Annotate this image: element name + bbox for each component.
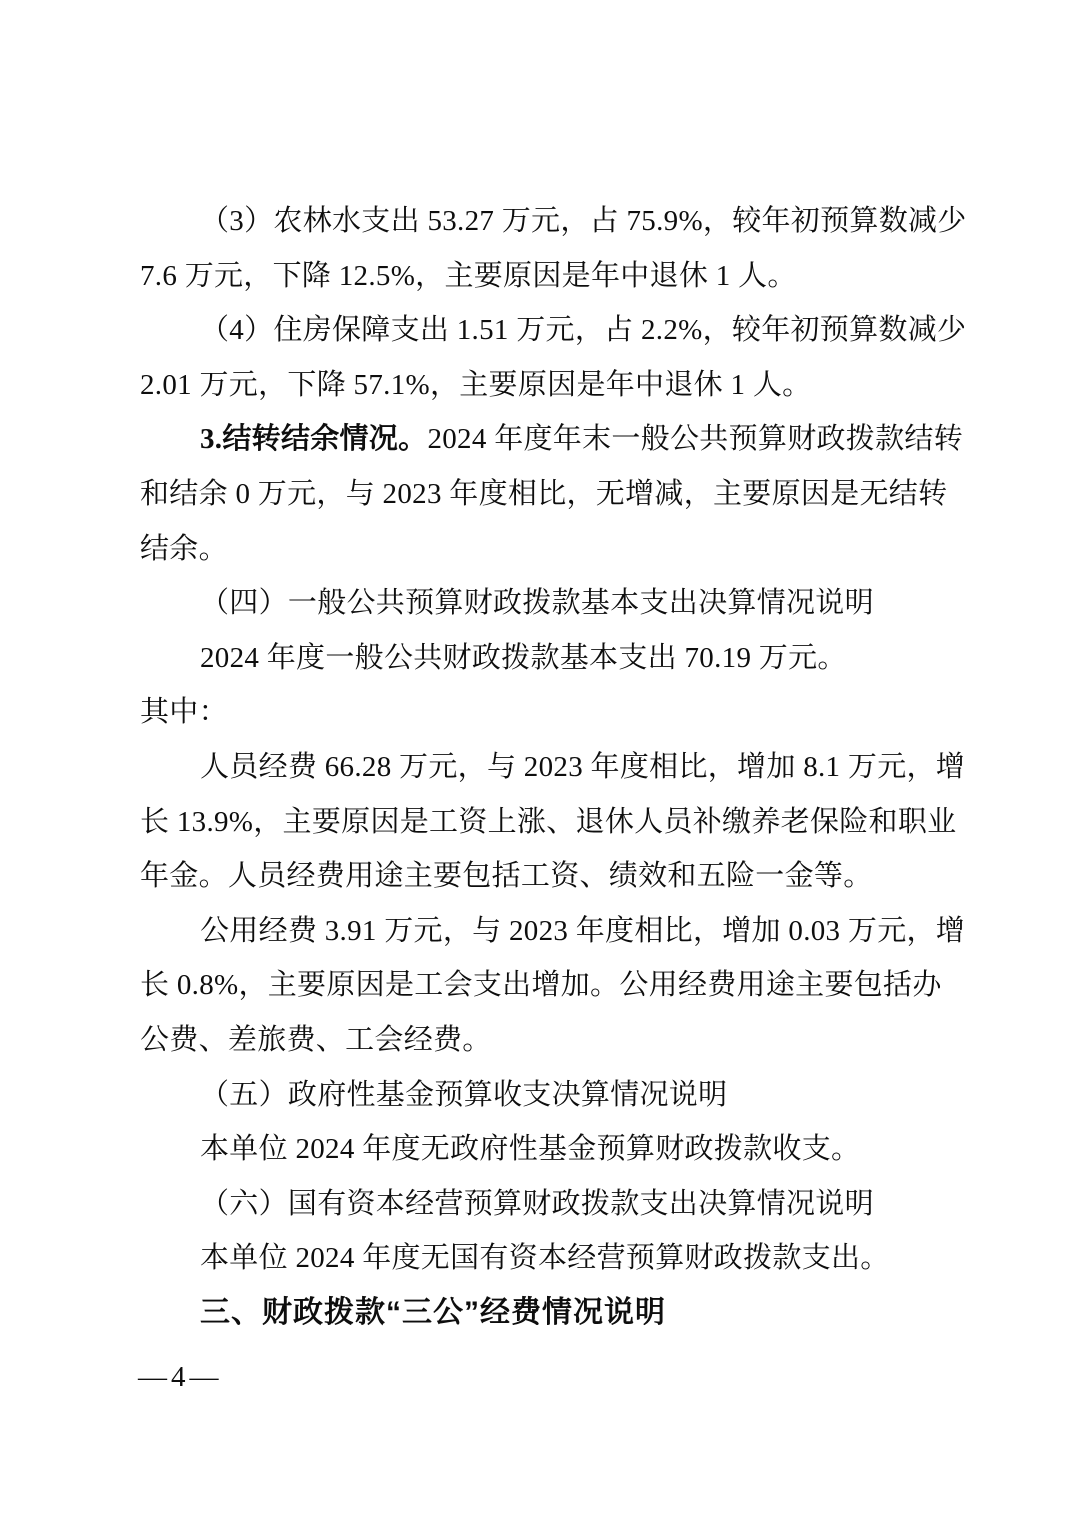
footer-dash-right: — [188, 1361, 221, 1393]
text-line: 人员经费 66.28 万元，与 2023 年度相比，增加 8.1 万元，增 [140, 740, 940, 795]
section-heading-three-public-funds: 三、财政拨款“三公”经费情况说明 [140, 1286, 940, 1341]
section-heading-6: （六）国有资本经营预算财政拨款支出决算情况说明 [140, 1177, 940, 1232]
text-line: （4）住房保障支出 1.51 万元，占 2.2%，较年初预算数减少 [140, 303, 940, 358]
text-line: 年金。人员经费用途主要包括工资、绩效和五险一金等。 [140, 849, 940, 904]
document-page: （3）农林水支出 53.27 万元，占 75.9%，较年初预算数减少 7.6 万… [0, 0, 1074, 1520]
page-number: 4 [169, 1361, 188, 1393]
text-line: 其中： [140, 685, 940, 740]
text-line: 公用经费 3.91 万元，与 2023 年度相比，增加 0.03 万元，增 [140, 904, 940, 959]
text-line-with-bold-lead: 3.结转结余情况。2024 年度年末一般公共预算财政拨款结转 [140, 412, 940, 467]
text-line: 本单位 2024 年度无政府性基金预算财政拨款收支。 [140, 1122, 940, 1177]
text-line: 公费、差旅费、工会经费。 [140, 1013, 940, 1068]
document-body: （3）农林水支出 53.27 万元，占 75.9%，较年初预算数减少 7.6 万… [140, 194, 940, 1340]
text-line: 2.01 万元，下降 57.1%，主要原因是年中退休 1 人。 [140, 358, 940, 413]
bold-lead-label: 3.结转结余情况。 [200, 423, 427, 455]
text-line: 7.6 万元，下降 12.5%，主要原因是年中退休 1 人。 [140, 249, 940, 304]
section-heading-5: （五）政府性基金预算收支决算情况说明 [140, 1068, 940, 1123]
text-line: 长 0.8%，主要原因是工会支出增加。公用经费用途主要包括办 [140, 958, 940, 1013]
text-line: 长 13.9%，主要原因是工资上涨、退休人员补缴养老保险和职业 [140, 795, 940, 850]
text-line-continuation: 2024 年度年末一般公共预算财政拨款结转 [427, 423, 963, 455]
text-line: 结余。 [140, 522, 940, 577]
footer-dash-left: — [136, 1361, 169, 1393]
text-line: 和结余 0 万元，与 2023 年度相比，无增减，主要原因是无结转 [140, 467, 940, 522]
text-line: （3）农林水支出 53.27 万元，占 75.9%，较年初预算数减少 [140, 194, 940, 249]
page-footer: —4— [136, 1362, 221, 1392]
text-line: 本单位 2024 年度无国有资本经营预算财政拨款支出。 [140, 1231, 940, 1286]
text-line: 2024 年度一般公共财政拨款基本支出 70.19 万元。 [140, 631, 940, 686]
section-heading-4: （四）一般公共预算财政拨款基本支出决算情况说明 [140, 576, 940, 631]
